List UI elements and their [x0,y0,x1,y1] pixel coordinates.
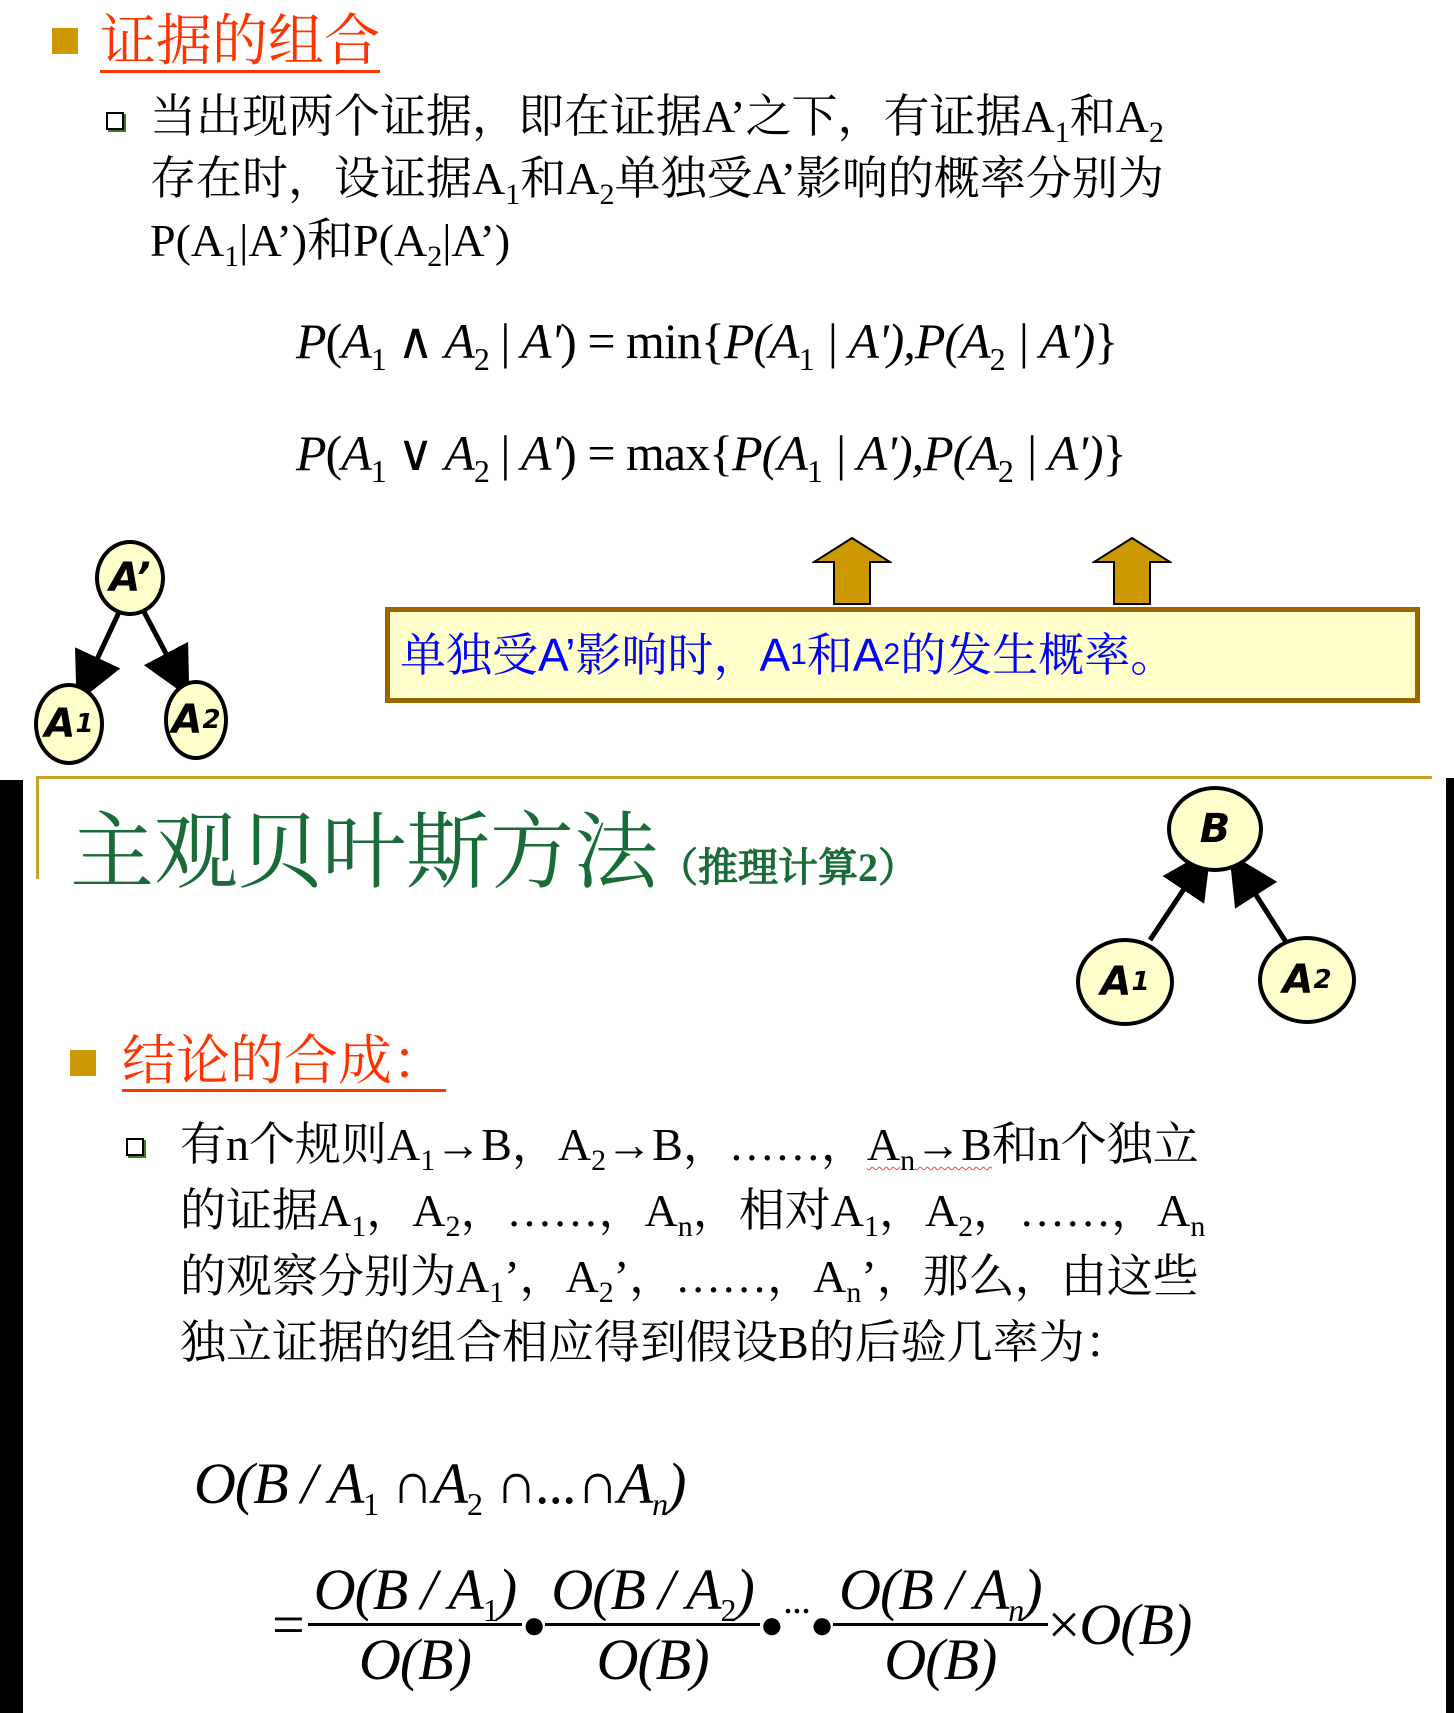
text: P(A [150,215,224,266]
math: ) [735,1557,753,1622]
text: A [867,1119,900,1170]
callout-box: 单独受A’影响时，A1和A2的发生概率。 [385,607,1420,703]
math: A [769,313,799,369]
math: A [960,313,990,369]
math: A' [521,313,560,369]
subscript: 1 [864,1210,879,1243]
text: ，A [879,1185,958,1236]
formula-odds-lhs: O(B / A1 ∩A2 ∩...∩An) [194,1450,685,1517]
sub-bullet-icon [106,112,124,130]
math: = [576,425,626,481]
fraction-1: O(B / A1) O(B) [308,1556,522,1693]
text: 和n个独立 [992,1119,1199,1170]
text: 的观察分别为A [180,1251,489,1302]
math: ∩A [378,1451,467,1516]
node-b: B [1167,786,1263,872]
paragraph-line-2: 的证据A1，A2，……，An，相对A1，A2，……，An [180,1178,1205,1244]
paragraph-line-1: 有n个规则A1→B，A2→B，……，An→B和n个独立 [180,1112,1199,1178]
formula-odds-rhs: = O(B / A1) O(B) ● O(B / A2) O(B) ● ... … [272,1556,1191,1693]
subscript: 2 [599,1276,614,1309]
text: |A’) [442,215,510,266]
subscript: 2 [1149,116,1164,149]
subscript: 1 [371,453,386,489]
subscript: 1 [1055,116,1070,149]
node-label: A [1282,957,1313,1003]
paragraph-line-2: 存在时，设证据A1和A2单独受A’影响的概率分别为 [150,146,1164,212]
subscript: 2 [445,1210,460,1243]
math: ( [326,313,342,369]
text: ，A [366,1185,445,1236]
math: } [1094,313,1117,369]
node-a1: A1 [34,683,104,765]
formula-min: P(A1 ∧ A2 | A') = min{P(A1 | A'),P(A2 | … [296,312,1117,370]
bullet-square-icon [70,1050,96,1076]
subscript: 1 [371,341,386,377]
node-label: A [44,701,75,747]
callout-text: 的发生概率。 [900,632,1176,678]
denominator: O(B) [353,1626,477,1693]
subscript: 2 [599,178,614,211]
math: O(B) [597,1627,709,1692]
node-label: A’ [109,555,150,601]
math: } [1103,425,1126,481]
node-a2: A2 [1258,936,1356,1024]
text: 的证据A [180,1185,351,1236]
numerator: O(B / A2) [545,1556,759,1623]
math: A [444,313,474,369]
text: 存在时，设证据A [150,153,505,204]
math: O(B) [1079,1591,1191,1658]
text: 和A [1070,91,1149,142]
node-a1: A1 [1076,938,1174,1026]
subscript: 2 [591,1144,606,1177]
text: →B [915,1119,992,1170]
slide-title: 主观贝叶斯方法（推理计算2） [70,812,918,896]
math: = [272,1591,304,1658]
math: ) [560,313,576,369]
node-a-prime: A’ [95,540,165,616]
math: ) [667,1451,685,1516]
math: min [626,313,701,369]
left-black-bar [0,780,23,1713]
paragraph-line-3: 的观察分别为A1’，A2’，……，An’，那么，由这些 [180,1244,1199,1310]
title-paren: ） [878,845,918,890]
dot-operator: ● [522,1601,545,1648]
subscript: 1 [505,178,520,211]
text: ，……，A [460,1185,677,1236]
subscript: 1 [799,341,814,377]
subscript: 2 [958,1210,973,1243]
text: →B，……， [606,1119,867,1170]
node-label: B [1200,806,1231,852]
math: ∩...∩A [482,1451,652,1516]
subscript: 1 [807,453,822,489]
math: | A') [1013,425,1103,481]
math: P( [923,425,968,481]
math: | A'), [822,425,923,481]
dot-operator: ● [810,1601,833,1648]
paragraph-line-1: 当出现两个证据，即在证据A’之下，有证据A1和A2 [150,84,1164,150]
bullet-square-icon [52,28,78,54]
math: ( [326,425,342,481]
text: ’，……，A [614,1251,847,1302]
text: 有n个规则A [180,1119,420,1170]
subscript: n [1190,1210,1205,1243]
math: A [968,425,998,481]
node-a2: A2 [164,680,228,760]
sub-bullet-icon [126,1138,144,1156]
title-subtitle: 推理计算2 [698,845,878,890]
text: →B，A [435,1119,591,1170]
math: ∨ [386,425,445,481]
math: A [341,425,371,481]
spellcheck-underlined-text: An→B [867,1119,992,1170]
subscript: 1 [420,1144,435,1177]
math: A' [521,425,560,481]
subscript: 1 [351,1210,366,1243]
subscript: 2 [998,453,1013,489]
ellipsis: ... [783,1576,810,1623]
fraction-n: O(B / An) O(B) [833,1556,1047,1693]
dot-operator: ● [760,1601,783,1648]
subscript: 1 [489,1276,504,1309]
math: | A') [1005,313,1095,369]
subscript: 2 [467,1486,482,1522]
subscript: n [652,1486,667,1522]
subscript: 2 [427,240,442,273]
math: O(B / A [314,1557,483,1622]
math: ) [560,425,576,481]
math: P [296,313,326,369]
heading-conclusion-synthesis: 结论的合成： [122,1034,446,1088]
title-left-rule [36,776,39,879]
math: | [489,313,521,369]
text: ’，那么，由这些 [861,1251,1198,1302]
callout-text: 和A [807,632,884,678]
subscript: n [846,1276,861,1309]
subscript: n [900,1144,915,1177]
title-paren: （ [658,845,698,890]
math: P [296,425,326,481]
math: max [626,425,709,481]
paragraph-line-4: 独立证据的组合相应得到假设B的后验几率为： [180,1310,1131,1376]
callout-text: 单独受A’影响时，A [400,632,790,678]
subscript: 2 [474,341,489,377]
title-top-rule [36,776,1432,779]
subscript: n [678,1210,693,1243]
node-label: A [1100,959,1131,1005]
fraction-2: O(B / A2) O(B) [545,1556,759,1693]
math: P( [732,425,777,481]
numerator: O(B / A1) [308,1556,522,1623]
math: A [444,425,474,481]
math: | [489,425,521,481]
node-label: A [171,697,202,743]
math: ) [1023,1557,1041,1622]
text: ，相对A [693,1185,864,1236]
heading-evidence-combination: 证据的组合 [100,14,380,70]
math: ) [498,1557,516,1622]
math: P( [724,313,769,369]
text: 和A [520,153,599,204]
math: | A'), [814,313,915,369]
subscript: 2 [474,453,489,489]
math: A [777,425,807,481]
math: { [709,425,732,481]
subscript: 1 [363,1486,378,1522]
title-text: 主观贝叶斯方法 [70,807,658,900]
right-black-bar [1446,778,1454,1713]
math: O(B / A [839,1557,1008,1622]
math: ∧ [386,313,445,369]
math: A [341,313,371,369]
denominator: O(B) [591,1626,715,1693]
math: { [701,313,724,369]
text: |A’)和P(A [239,215,427,266]
up-arrow-icon [812,536,892,606]
text: ’，A [504,1251,599,1302]
up-arrow-icon [1092,536,1172,606]
text: ，……，A [973,1185,1190,1236]
numerator: O(B / An) [833,1556,1047,1623]
math: P( [915,313,960,369]
text: 单独受A’影响的概率分别为 [614,153,1163,204]
math: O(B / A [551,1557,720,1622]
text: 当出现两个证据，即在证据A’之下，有证据A [150,91,1055,142]
math: = [576,313,626,369]
math: O(B) [884,1627,996,1692]
subscript: 1 [224,240,239,273]
subscript: 2 [990,341,1005,377]
paragraph-line-3: P(A1|A’)和P(A2|A’) [150,208,510,274]
math: O(B / A [194,1451,363,1516]
math: O(B) [359,1627,471,1692]
times-operator: × [1048,1591,1080,1658]
formula-max: P(A1 ∨ A2 | A') = max{P(A1 | A'),P(A2 | … [296,424,1126,482]
denominator: O(B) [878,1626,1002,1693]
